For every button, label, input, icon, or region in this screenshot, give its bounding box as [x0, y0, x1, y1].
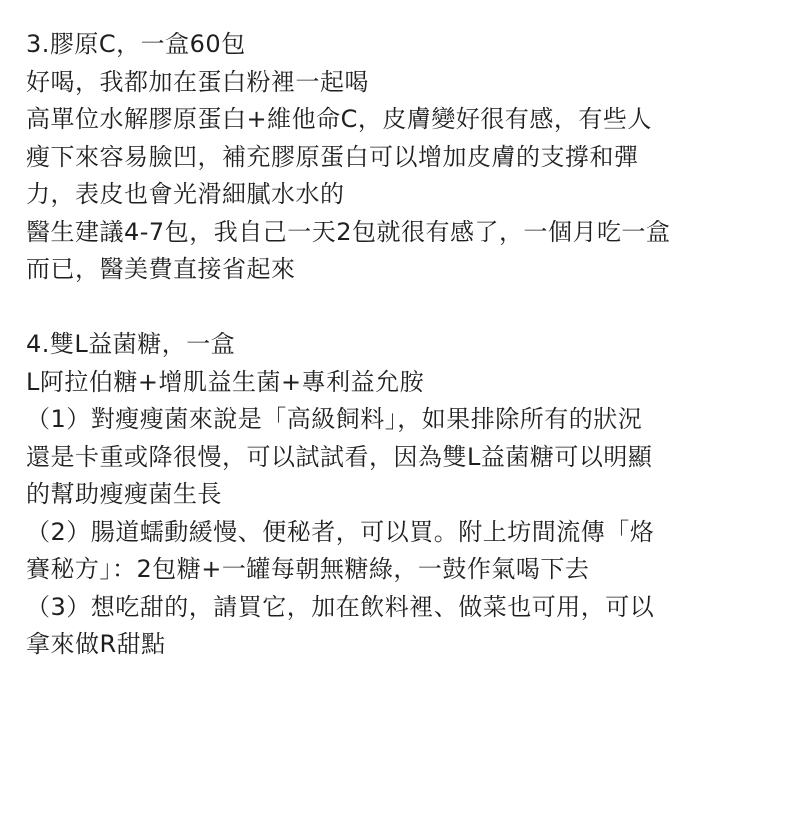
text-line: 好喝，我都加在蛋白粉裡一起喝 — [26, 64, 786, 102]
paragraph-spacer — [26, 289, 786, 327]
text-line: 高單位水解膠原蛋白+維他命C，皮膚變好很有感，有些人 — [26, 101, 786, 139]
document-body: 3.膠原C，一盒60包 好喝，我都加在蛋白粉裡一起喝 高單位水解膠原蛋白+維他命… — [26, 26, 786, 664]
text-line: 力，表皮也會光滑細膩水水的 — [26, 176, 786, 214]
section-double-l-sugar: 4.雙L益菌糖，一盒 L阿拉伯糖+增肌益生菌+專利益允胺 （1）對瘦瘦菌來說是「… — [26, 326, 786, 664]
section-collagen-c: 3.膠原C，一盒60包 好喝，我都加在蛋白粉裡一起喝 高單位水解膠原蛋白+維他命… — [26, 26, 786, 289]
list-item-2: （2）腸道蠕動緩慢、便秘者，可以買。附上坊間流傳「烙 — [26, 514, 786, 552]
text-line: 還是卡重或降很慢，可以試試看，因為雙L益菌糖可以明顯 — [26, 439, 786, 477]
list-item-3: （3）想吃甜的，請買它，加在飲料裡、做菜也可用，可以 — [26, 589, 786, 627]
text-line: 的幫助瘦瘦菌生長 — [26, 476, 786, 514]
text-line: 醫生建議4-7包，我自己一天2包就很有感了，一個月吃一盒 — [26, 214, 786, 252]
text-line: 拿來做R甜點 — [26, 626, 786, 664]
text-line: 瘦下來容易臉凹，補充膠原蛋白可以增加皮膚的支撐和彈 — [26, 139, 786, 177]
section-heading: 3.膠原C，一盒60包 — [26, 26, 786, 64]
text-line: L阿拉伯糖+增肌益生菌+專利益允胺 — [26, 364, 786, 402]
list-item-1: （1）對瘦瘦菌來說是「高級飼料」，如果排除所有的狀況 — [26, 401, 786, 439]
text-line: 而已，醫美費直接省起來 — [26, 251, 786, 289]
text-line: 賽秘方」：2包糖+一罐每朝無糖綠，一鼓作氣喝下去 — [26, 551, 786, 589]
section-heading: 4.雙L益菌糖，一盒 — [26, 326, 786, 364]
